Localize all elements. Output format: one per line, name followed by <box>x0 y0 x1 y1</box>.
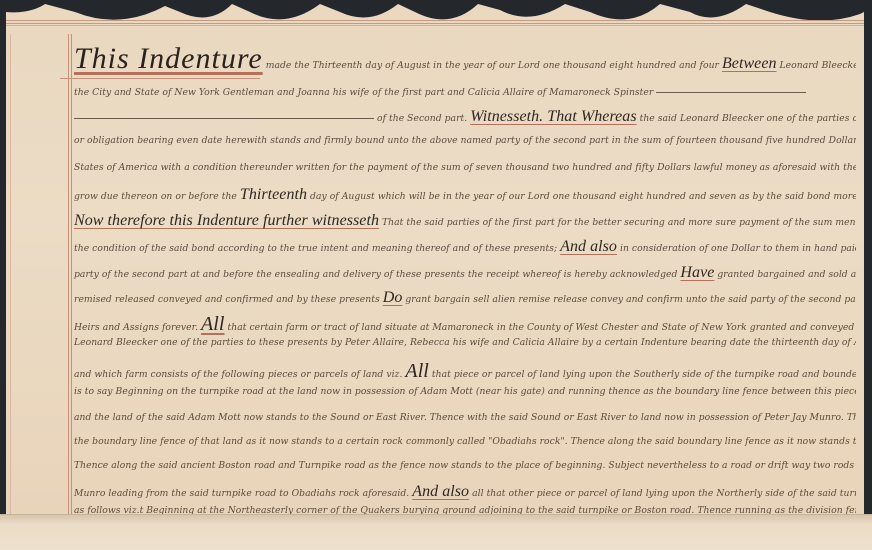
left-margin-rule-inner <box>71 34 72 514</box>
ruled-line-top-2 <box>6 23 864 24</box>
ruled-line-top-3 <box>6 25 864 26</box>
edge-margin-rule <box>10 34 11 514</box>
deed-line-15: and the land of the said Adam Mott now s… <box>74 412 856 423</box>
deed-line-17: Thence along the said ancient Boston roa… <box>74 460 856 471</box>
deed-line-5: States of America with a condition there… <box>74 162 856 173</box>
ruled-line-top-1 <box>6 20 864 21</box>
blank-fill-line <box>74 118 374 119</box>
deed-line-18: Munro leading from the said turnpike roa… <box>74 483 856 501</box>
deed-line-3: of the Second part. Witnesseth. That Whe… <box>74 108 856 126</box>
deed-line-2: the City and State of New York Gentleman… <box>74 87 856 98</box>
deed-line-6: grow due thereon on or before the Thirte… <box>74 186 856 204</box>
deed-line-10: remised released conveyed and confirmed … <box>74 289 856 307</box>
dark-border-right <box>864 0 872 550</box>
deed-line-16: the boundary line fence of that land as … <box>74 436 856 447</box>
deed-line-14: is to say Beginning on the turnpike road… <box>74 386 856 397</box>
blank-fill-line <box>656 92 806 93</box>
deed-line-1: This Indenture made the Thirteenth day o… <box>74 42 856 82</box>
deed-line-12: Leonard Bleecker one of the parties to t… <box>74 337 856 348</box>
dark-border-left <box>0 0 6 514</box>
deed-line-9: party of the second part at and before t… <box>74 264 856 282</box>
left-margin-rule-outer <box>68 34 69 514</box>
heading-this-indenture: This Indenture <box>74 42 263 75</box>
deed-line-11: Heirs and Assigns forever. All that cert… <box>74 313 856 336</box>
deed-line-8: the condition of the said bond according… <box>74 238 856 256</box>
folded-lower-sheet <box>0 514 872 550</box>
deed-line-13: and which farm consists of the following… <box>74 360 856 383</box>
deed-line-4: or obligation bearing even date herewith… <box>74 135 856 146</box>
deed-line-7: Now therefore this Indenture further wit… <box>74 212 856 230</box>
